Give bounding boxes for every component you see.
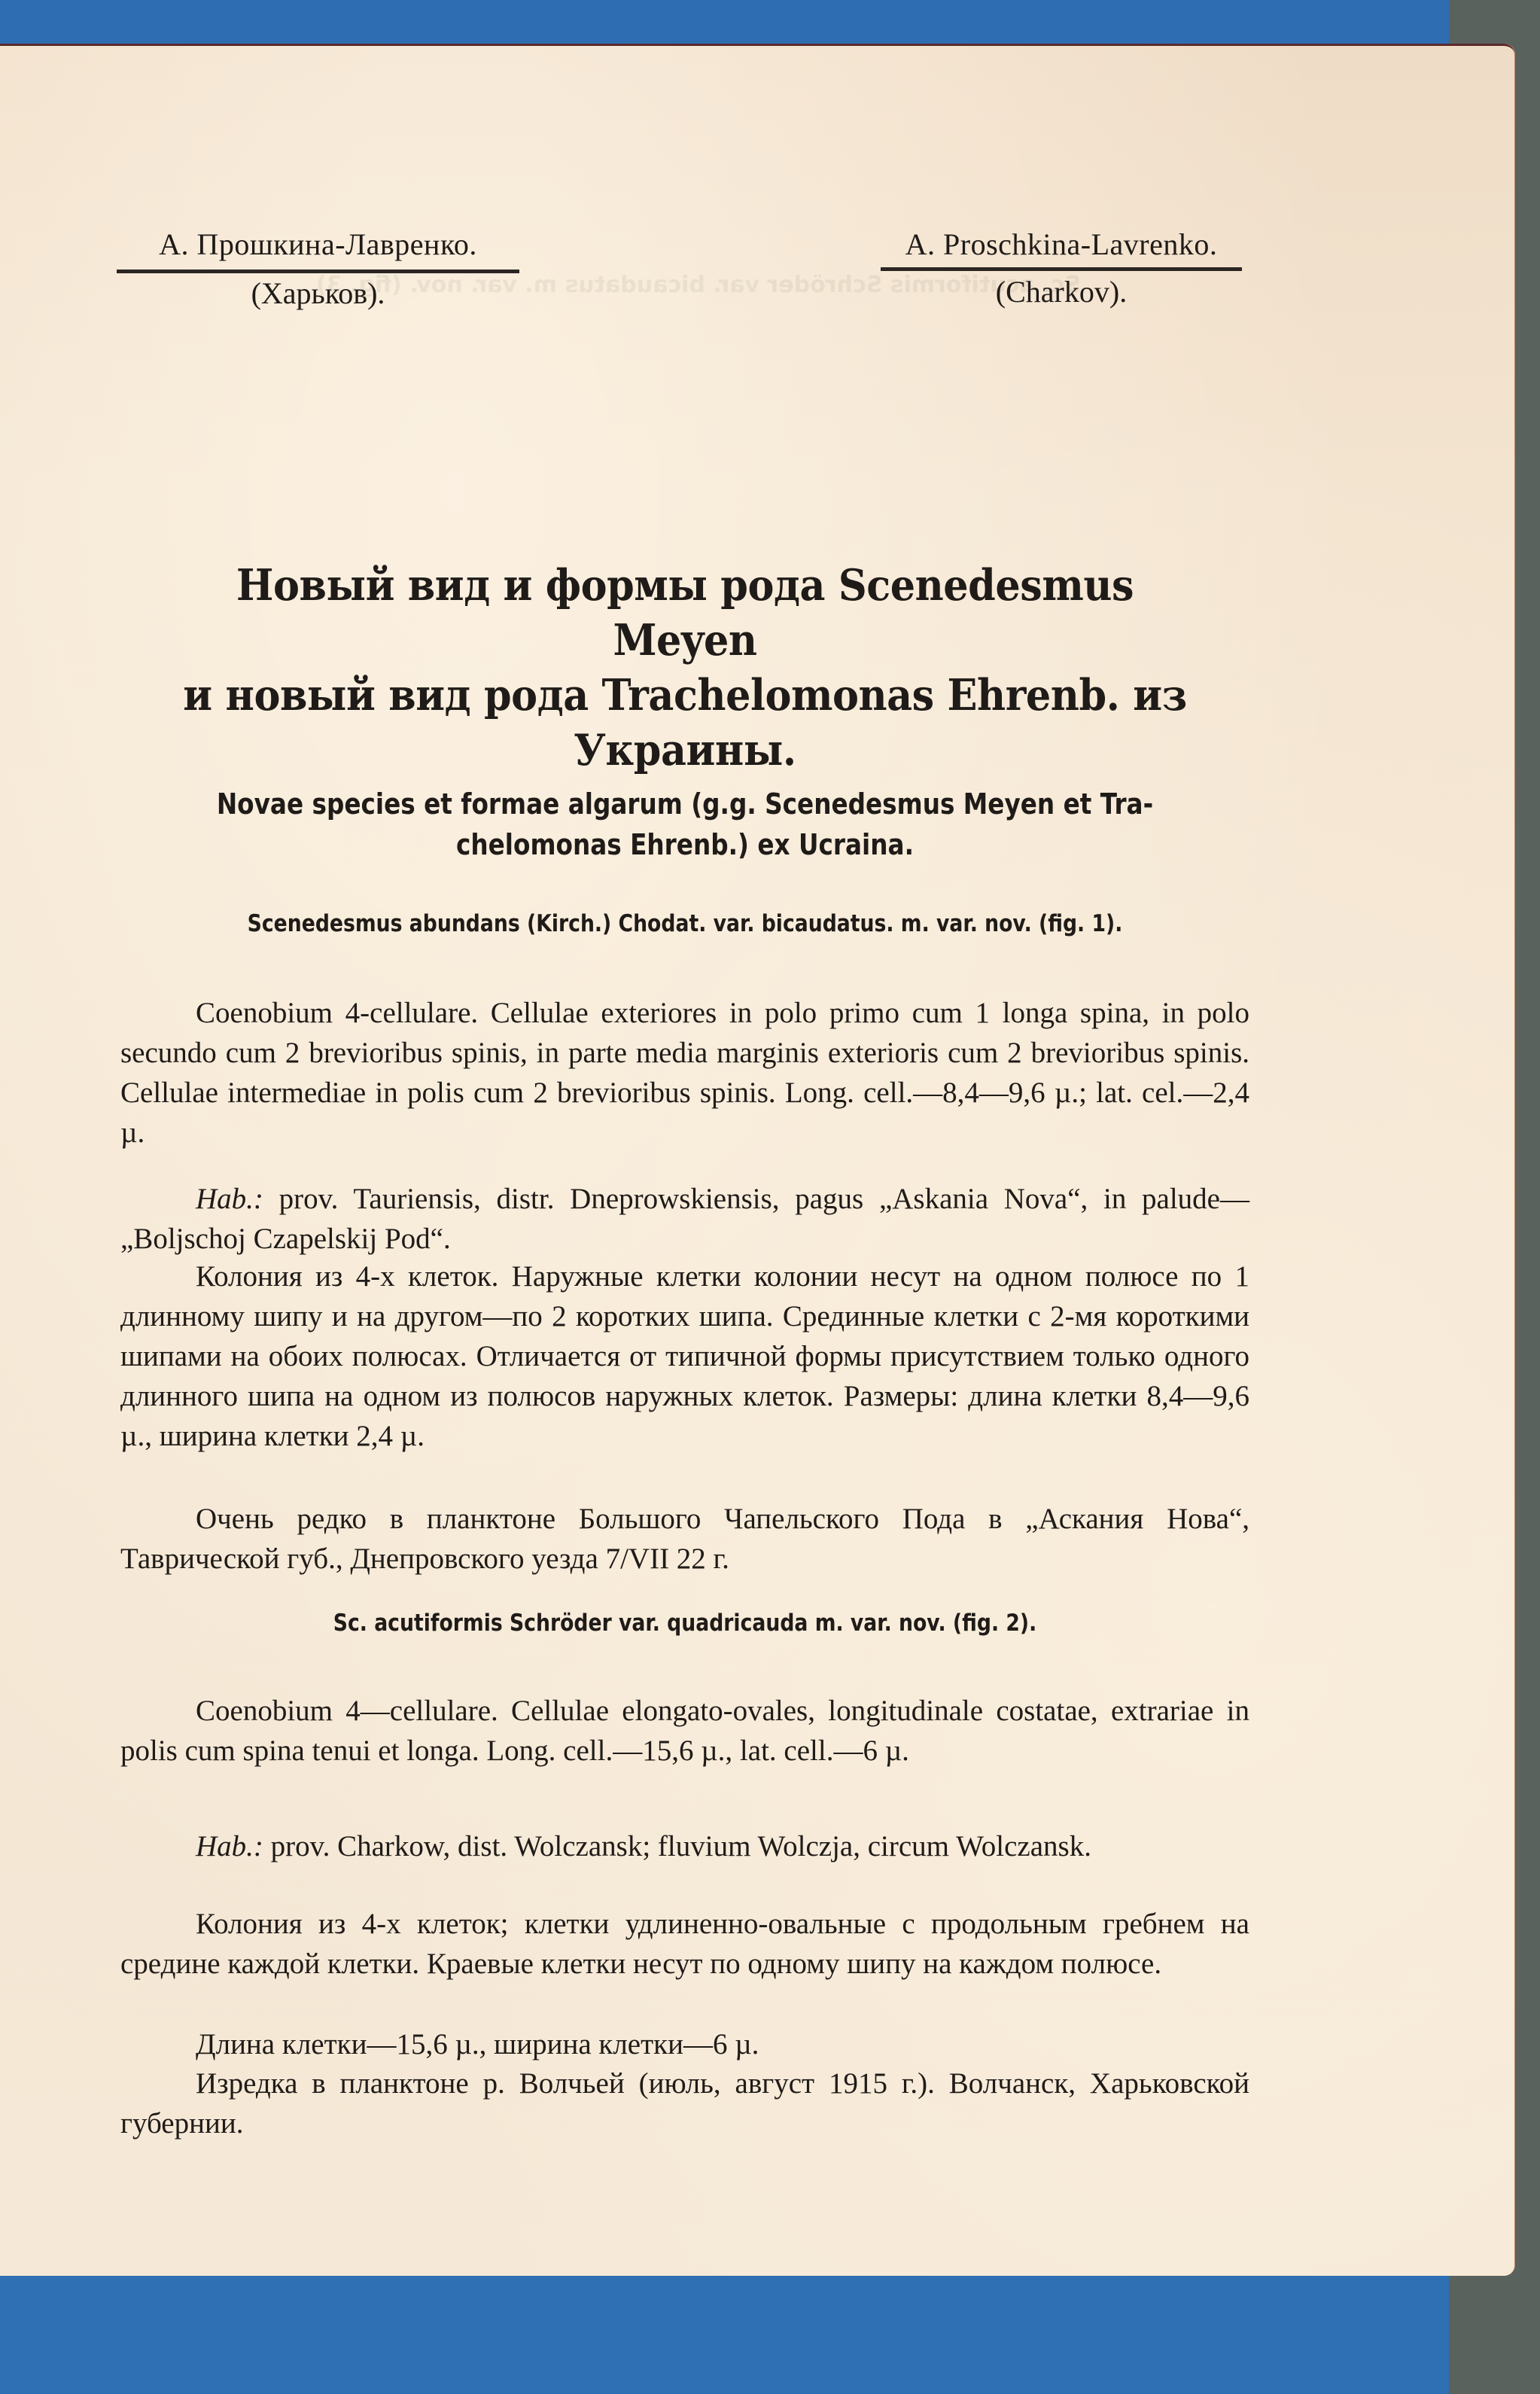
- habitat-label: Hab.:: [196, 1830, 263, 1863]
- habitat-label: Hab.:: [196, 1183, 263, 1215]
- paragraph-text: Длина клетки—15,6 µ., ширина клетки—6 µ.: [196, 2028, 759, 2060]
- paragraph-text: Coenobium 4-cellulare. Cellulae exterior…: [120, 997, 1249, 1149]
- author-city-latin: (Charkov).: [881, 274, 1242, 309]
- article-title: Новый вид и формы рода Scenedesmus Meyen…: [159, 558, 1211, 778]
- dimensions-paragraph: Длина клетки—15,6 µ., ширина клетки—6 µ.: [120, 2024, 1249, 2064]
- russian-description: Колония из 4-х клеток; клетки удлиненно-…: [120, 1904, 1249, 1984]
- habitat-paragraph: Hab.: prov. Charkow, dist. Wolczansk; fl…: [120, 1826, 1249, 1866]
- author-city-russian: (Харьков).: [117, 276, 519, 311]
- section-heading: Sc. acutiformis Schröder var. quadricaud…: [193, 1610, 1176, 1637]
- paragraph-text: Колония из 4-х клеток; клетки удлиненно-…: [120, 1908, 1249, 1980]
- paragraph-text: Изредка в планктоне р. Волчьей (июль, ав…: [120, 2067, 1249, 2140]
- paragraph-text: Coenobium 4—cellulare. Cellulae elongato…: [120, 1695, 1249, 1767]
- subtitle-line: chelomonas Ehrenb.) ex Ucraina.: [193, 824, 1176, 865]
- author-rule-latin: [881, 267, 1242, 271]
- title-line: и новый вид рода Trachelomonas Ehrenb. и…: [159, 668, 1211, 723]
- occurrence-paragraph: Очень редко в планктоне Большого Чапельс…: [120, 1499, 1249, 1579]
- author-rule-russian: [117, 270, 519, 273]
- habitat-text: prov. Tauriensis, distr. Dneprowskiensis…: [120, 1183, 1249, 1255]
- latin-description: Coenobium 4-cellulare. Cellulae exterior…: [120, 993, 1249, 1153]
- habitat-paragraph: Hab.: prov. Tauriensis, distr. Dneprowsk…: [120, 1179, 1249, 1259]
- occurrence-paragraph: Изредка в планктоне р. Волчьей (июль, ав…: [120, 2064, 1249, 2143]
- latin-description: Coenobium 4—cellulare. Cellulae elongato…: [120, 1691, 1249, 1771]
- document-page: Sc. acutiformis Schröder var. bicaudatus…: [0, 44, 1514, 2276]
- title-line: Новый вид и формы рода Scenedesmus Meyen: [159, 558, 1211, 668]
- latin-subtitle: Novae species et formae algarum (g.g. Sc…: [193, 784, 1176, 865]
- paragraph-text: Очень редко в планктоне Большого Чапельс…: [120, 1503, 1249, 1575]
- russian-description: Колония из 4-х клеток. Наружные клетки к…: [120, 1256, 1249, 1456]
- habitat-text: prov. Charkow, dist. Wolczansk; fluvium …: [263, 1830, 1091, 1863]
- subtitle-line: Novae species et formae algarum (g.g. Sc…: [193, 784, 1176, 824]
- author-name-russian: А. Прошкина-Лавренко.: [117, 227, 519, 262]
- paragraph-text: Колония из 4-х клеток. Наружные клетки к…: [120, 1260, 1249, 1452]
- title-line: Украины.: [159, 723, 1211, 778]
- section-heading: Scenedesmus abundans (Kirch.) Chodat. va…: [193, 910, 1176, 937]
- author-name-latin: A. Proschkina-Lavrenko.: [881, 227, 1242, 262]
- background-blue-cover: [0, 0, 1449, 45]
